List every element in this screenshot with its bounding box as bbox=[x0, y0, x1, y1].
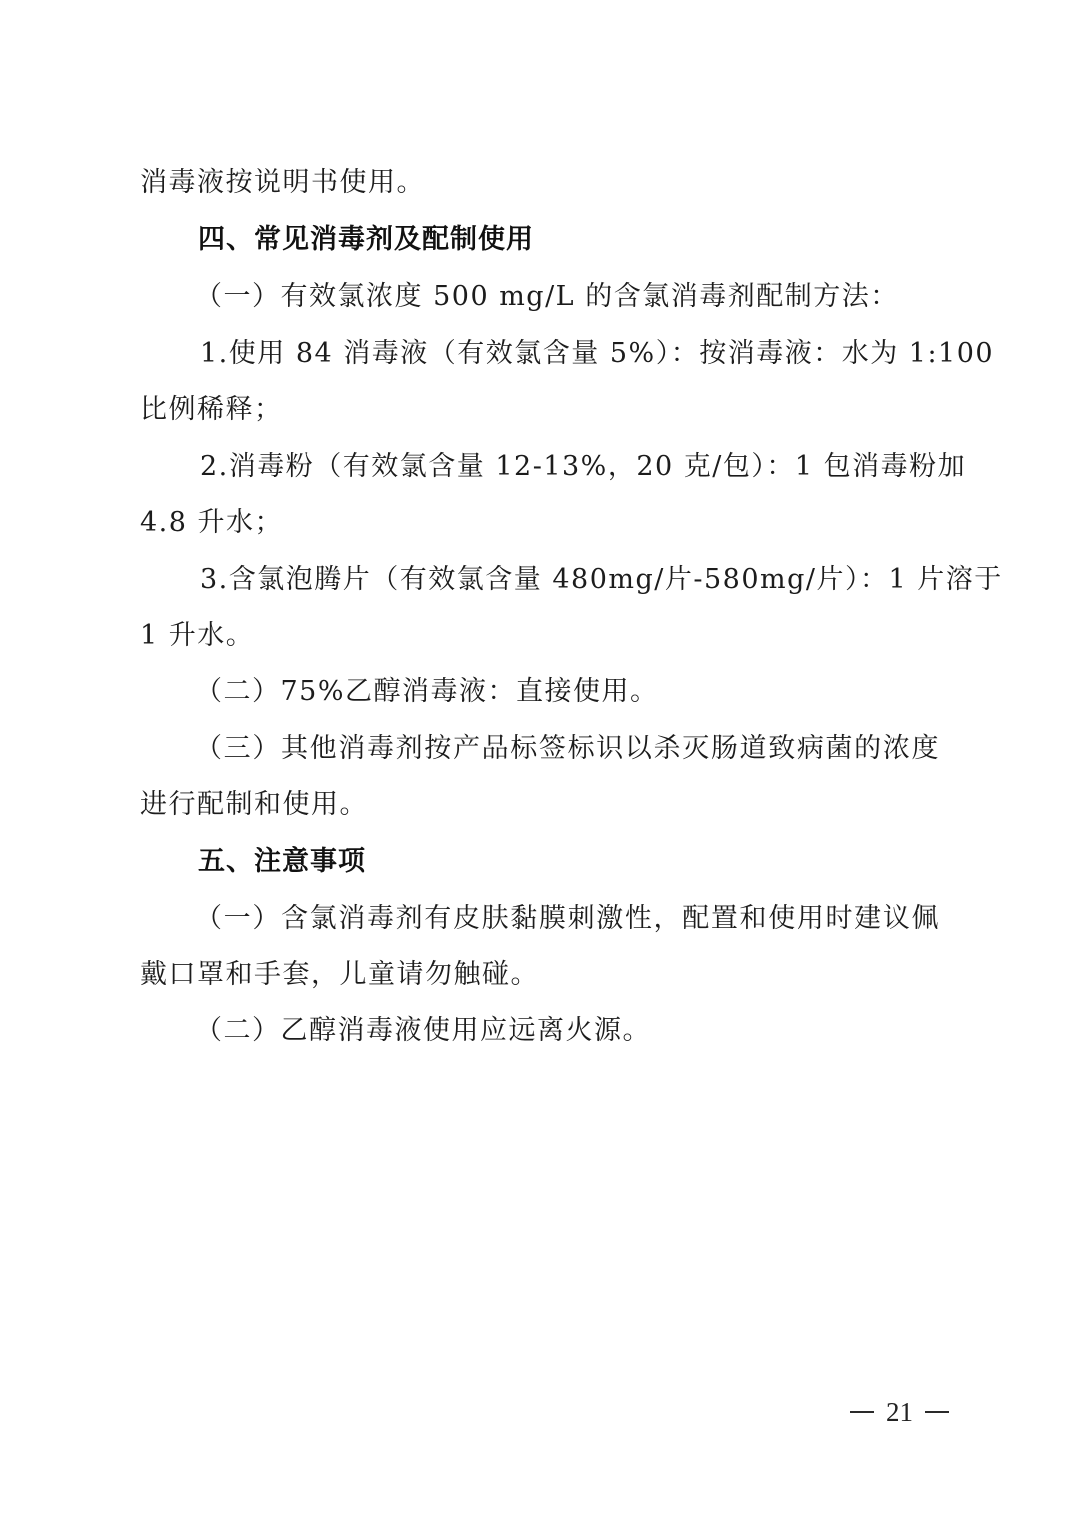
dash-left bbox=[850, 1411, 874, 1413]
paragraph-line: 1 升水。 bbox=[140, 616, 940, 656]
dash-right bbox=[925, 1411, 949, 1413]
page-number: 21 bbox=[838, 1394, 961, 1430]
precaution-chlorine: （一）含氯消毒剂有皮肤黏膜刺激性，配置和使用时建议佩 bbox=[195, 899, 940, 939]
page-number-value: 21 bbox=[886, 1394, 913, 1430]
paragraph-line: 4.8 升水； bbox=[140, 503, 940, 543]
section-heading-5: 五、注意事项 bbox=[198, 842, 366, 882]
paragraph-line: 进行配制和使用。 bbox=[140, 785, 940, 825]
section-heading-4: 四、常见消毒剂及配制使用 bbox=[198, 220, 534, 260]
paragraph-line: 戴口罩和手套，儿童请勿触碰。 bbox=[140, 955, 940, 995]
list-item-disinfectant-powder: 2.消毒粉（有效氯含量 12-13%，20 克/包）：1 包消毒粉加 bbox=[200, 447, 928, 487]
paragraph-line: 比例稀释； bbox=[140, 390, 940, 430]
list-item-84-disinfectant: 1.使用 84 消毒液（有效氯含量 5%）：按消毒液：水为 1:100 bbox=[200, 334, 940, 374]
document-page: 消毒液按说明书使用。 四、常见消毒剂及配制使用 （一）有效氯浓度 500 mg/… bbox=[0, 0, 1080, 1527]
precaution-ethanol: （二）乙醇消毒液使用应远离火源。 bbox=[195, 1011, 940, 1051]
list-item-effervescent-tablet: 3.含氯泡腾片（有效氯含量 480mg/片-580mg/片）：1 片溶于 bbox=[200, 560, 940, 600]
subsection-ethanol: （二）75%乙醇消毒液：直接使用。 bbox=[195, 672, 940, 712]
paragraph-line: 消毒液按说明书使用。 bbox=[140, 163, 940, 203]
subsection-other-disinfectants: （三）其他消毒剂按产品标签标识以杀灭肠道致病菌的浓度 bbox=[195, 729, 940, 769]
subsection-heading-chlorine-preparation: （一）有效氯浓度 500 mg/L 的含氯消毒剂配制方法： bbox=[195, 277, 940, 317]
